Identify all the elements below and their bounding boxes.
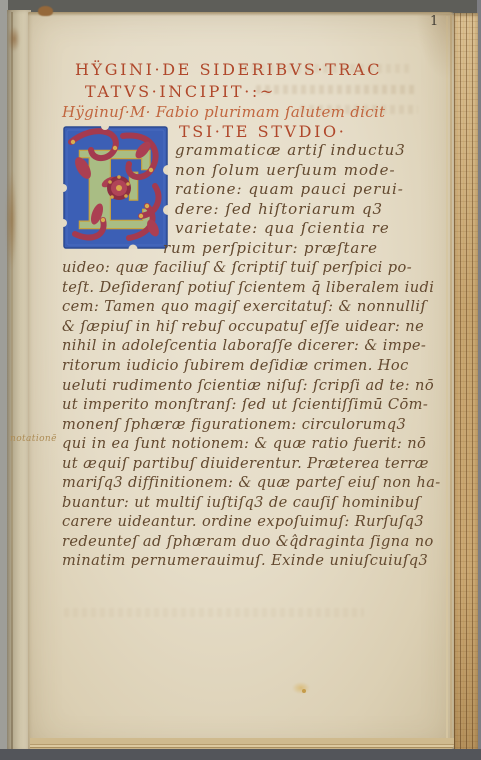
text-line: dere: ſed hiſtoriarum q3 — [62, 200, 434, 220]
text-line: uideo: quæ faciliuſ & ſcriptiſ tuiſ perſ… — [62, 258, 434, 278]
gutter-stain-top — [8, 26, 20, 52]
text-line: ut imperito monſtranſ: ſed ut ſcientiſſi… — [62, 395, 434, 415]
gutter-crease — [11, 12, 13, 749]
underlying-page-edge — [446, 16, 448, 746]
text-line: mariſq3 diffinitionem: & quæ parteſ eiuſ… — [62, 473, 434, 493]
text-line: redeunteſ ad ſphæram duo &q̂draginta ſig… — [62, 532, 434, 552]
rubric-opening-caps: TSI·TE STVDIO· — [179, 122, 346, 141]
text-line: rum perſpicitur: præſtare — [62, 239, 434, 259]
rubric-salutation: Hÿginuſ·M· Fabio plurimam ſalutem dicit — [62, 103, 385, 121]
page-corner-nick — [38, 6, 53, 16]
text-line: & ſæpiuſ in hiſ rebuſ occupatuſ eſſe uid… — [62, 317, 434, 337]
ink-showthrough — [256, 85, 418, 94]
text-line: nihil in adoleſcentia laboraſſe dicerer:… — [62, 336, 434, 356]
text-line: varietate: qua ſcientia re — [62, 219, 434, 239]
text-line: grammaticæ artiſ inductu3 — [62, 141, 434, 161]
text-line: teſt. Deſideranſ potiuſ ſcientem q̄ libe… — [62, 278, 434, 298]
text-line: minatim pernumerauimuſ. Exinde uniuſcuiu… — [62, 551, 434, 571]
text-line: ut æquiſ partibuſ diuiderentur. Præterea… — [62, 454, 434, 474]
margin-note: notationē — [10, 434, 57, 444]
wax-stain-dot — [302, 689, 306, 693]
text-line: ritorum iudicio ſubirem deſidiæ crimen. … — [62, 356, 434, 376]
ink-showthrough — [64, 608, 364, 617]
gutter-stain — [6, 170, 17, 270]
underlying-page-edge — [450, 15, 452, 747]
wax-stain — [292, 682, 310, 694]
text-line: non ſolum uerſuum mode- — [62, 161, 434, 181]
text-line: cem: Tamen quo magiſ exercitatuſ: & nonn… — [62, 297, 434, 317]
rubric-title-line-1: HŸGINI·DE SIDERIBVS·TRAC — [75, 60, 382, 79]
text-line: qui in ea ſunt notionem: & quæ ratio fue… — [62, 434, 434, 454]
text-block: grammaticæ artiſ inductu3 non ſolum uerſ… — [62, 141, 434, 571]
text-line: monenſ ſphæræ figurationem: circulorumq3 — [62, 415, 434, 435]
text-line: ueluti rudimento ſcientiæ niſuſ: ſcripſi… — [62, 376, 434, 396]
manuscript-photo: 1 HŸGINI·DE SIDERIBVS·TRAC TATVS·INCIPIT… — [0, 0, 481, 760]
text-line: buantur: ut multiſ iuſtiſq3 de cauſiſ ho… — [62, 493, 434, 513]
page-top-edge — [28, 12, 455, 16]
fore-edge-texture — [454, 13, 478, 753]
rubric-title-line-2: TATVS·INCIPIT·:~ — [85, 82, 276, 101]
text-line: ratione: quam pauci perui- — [62, 180, 434, 200]
folio-number: 1 — [430, 14, 438, 29]
text-line: carere uideantur. ordine expoſuimuſ: Rur… — [62, 512, 434, 532]
background-bottom-band — [0, 749, 481, 760]
